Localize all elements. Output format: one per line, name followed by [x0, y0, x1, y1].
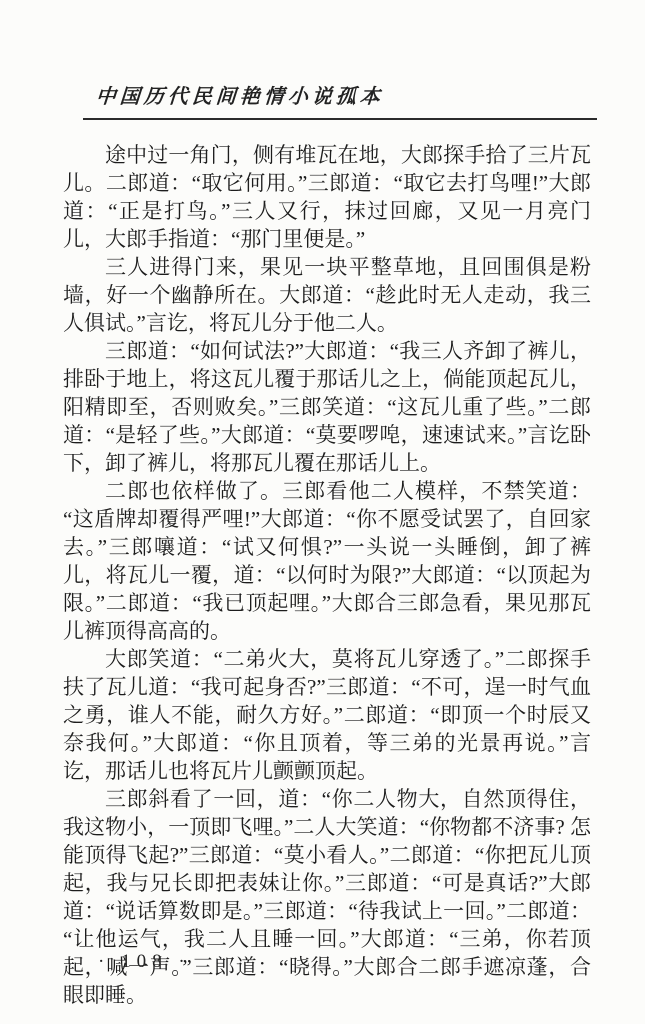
- page-header: 中国历代民间艳情小说孤本: [83, 80, 597, 120]
- paragraph: 大郎笑道：“二弟火大，莫将瓦儿穿透了。”二郎探手扶了瓦儿道：“我可起身否?”三郎…: [63, 645, 591, 785]
- page-number: · 108 ·: [98, 951, 191, 973]
- paragraph: 三郎斜看了一回，道：“你二人物大，自然顶得住，我这物小，一顶即飞哩。”二人大笑道…: [63, 785, 591, 1009]
- book-page: 中国历代民间艳情小说孤本 途中过一角门，侧有堆瓦在地，大郎探手拾了三片瓦儿。二郎…: [0, 0, 645, 1024]
- running-head-title: 中国历代民间艳情小说孤本: [83, 80, 599, 109]
- paragraph: 三人进得门来，果见一块平整草地，且回围俱是粉墙，好一个幽静所在。大郎道：“趁此时…: [63, 253, 591, 337]
- paragraph: 三郎道：“如何试法?”大郎道：“我三人齐卸了裤儿，排卧于地上，将这瓦儿覆于那话儿…: [63, 337, 591, 477]
- paragraph: 途中过一角门，侧有堆瓦在地，大郎探手拾了三片瓦儿。二郎道：“取它何用。”三郎道：…: [63, 141, 591, 253]
- header-rule: [83, 118, 597, 120]
- body-text: 途中过一角门，侧有堆瓦在地，大郎探手拾了三片瓦儿。二郎道：“取它何用。”三郎道：…: [63, 141, 591, 1009]
- paragraph: 二郎也依样做了。三郎看他二人模样，不禁笑道：“这盾牌却覆得严哩!”大郎道：“你不…: [63, 477, 591, 645]
- page-footer: · 108 ·: [98, 951, 191, 973]
